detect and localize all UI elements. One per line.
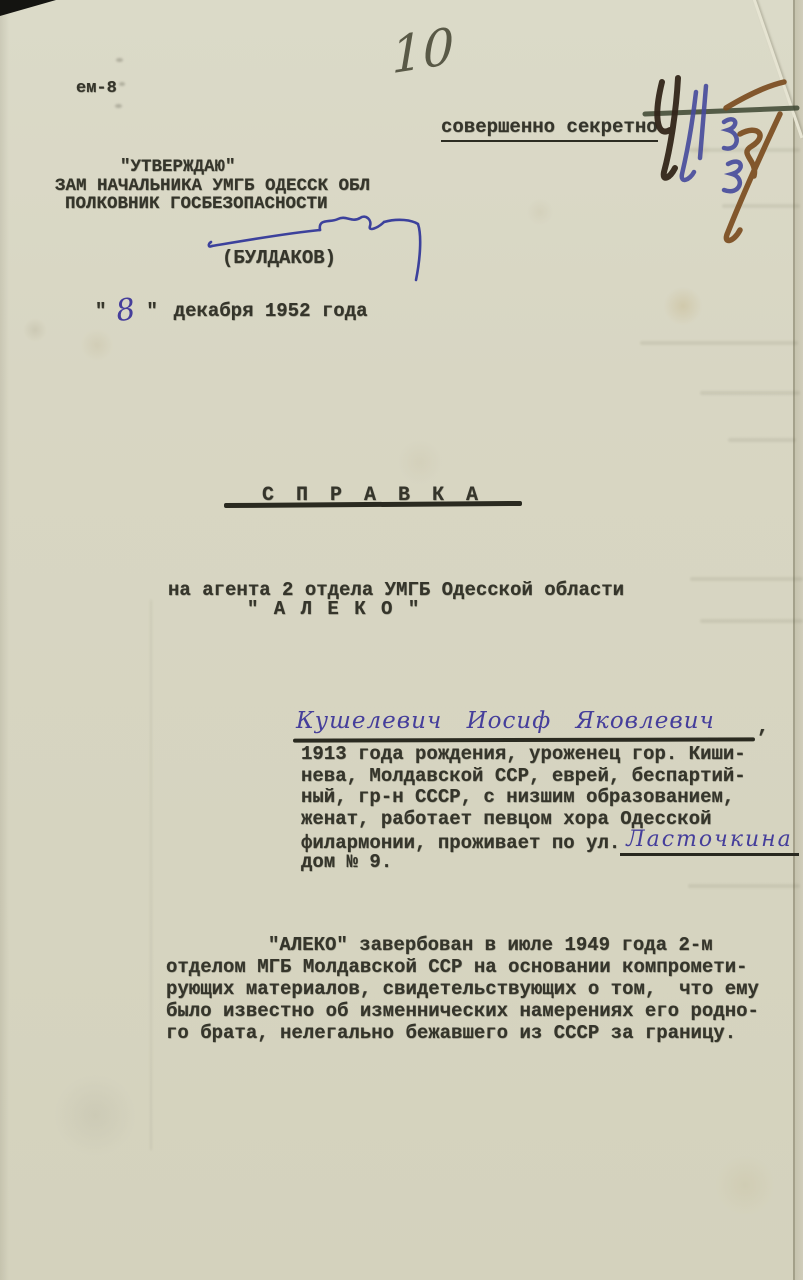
page-number-handwritten: 10 — [391, 17, 455, 86]
signatory-name: (БУЛДАКОВ) — [222, 247, 336, 269]
body-line: отделом МГБ Молдавской ССР на основании … — [166, 956, 748, 978]
date-open-quote: " — [95, 300, 106, 322]
bleed-through-line — [690, 577, 803, 581]
subject-line-2: " А Л Е К О " — [247, 598, 421, 620]
ink-speck — [115, 104, 122, 108]
bleed-through-line — [728, 438, 796, 442]
body-line: рующих материалов, свидетельствующих о т… — [166, 978, 759, 1000]
date-day-handwritten: 8 — [114, 292, 138, 329]
body-line: го брата, нелегально бежавшего из СССР з… — [166, 1022, 736, 1044]
body-line: было известно об изменнических намерения… — [166, 1000, 759, 1022]
street-name-handwritten: Ласточкина — [620, 827, 799, 856]
bio-line: дом № 9. — [301, 851, 392, 873]
approval-date: " 8 " декабря 1952 года — [95, 300, 368, 335]
date-close-quote: " — [146, 300, 157, 322]
agent-name-handwritten: Кушелевич Иосиф Яковлевич — [296, 708, 715, 734]
approval-line-1: ЗАМ НАЧАЛЬНИКА УМГБ ОДЕССК ОБЛ — [55, 176, 370, 196]
approval-line-2: ПОЛКОВНИК ГОСБЕЗОПАСНОСТИ — [65, 194, 328, 214]
copy-code: ем-8 — [76, 79, 117, 98]
vertical-crease — [150, 600, 152, 1150]
bio-line: нева, Молдавской ССР, еврей, беспартий- — [301, 765, 746, 787]
torn-corner-top-left — [0, 0, 56, 16]
scanned-document-page: ем-8 10 совершенно секретно "УТВЕРЖДАЮ — [0, 0, 803, 1280]
date-text: декабря 1952 года — [162, 300, 367, 322]
body-line: "АЛЕКО" завербован в июле 1949 года 2-м — [268, 934, 713, 956]
bleed-through-line — [640, 341, 798, 345]
bio-line: 1913 года рождения, уроженец гор. Киши- — [301, 743, 746, 765]
ink-speck — [119, 82, 125, 86]
agent-name-underline — [293, 737, 755, 742]
ink-speck — [116, 58, 123, 62]
classification-stamp: совершенно секретно — [441, 116, 658, 142]
bleed-through-line — [700, 619, 803, 623]
bleed-through-line — [688, 884, 800, 888]
bleed-through-line — [700, 391, 800, 395]
approval-heading: "УТВЕРЖДАЮ" — [120, 157, 236, 177]
name-trailing-comma: , — [757, 716, 769, 739]
registration-scrawl-ink — [640, 72, 803, 272]
bio-line: ный, гр-н СССР, с низшим образованием, — [301, 786, 734, 808]
